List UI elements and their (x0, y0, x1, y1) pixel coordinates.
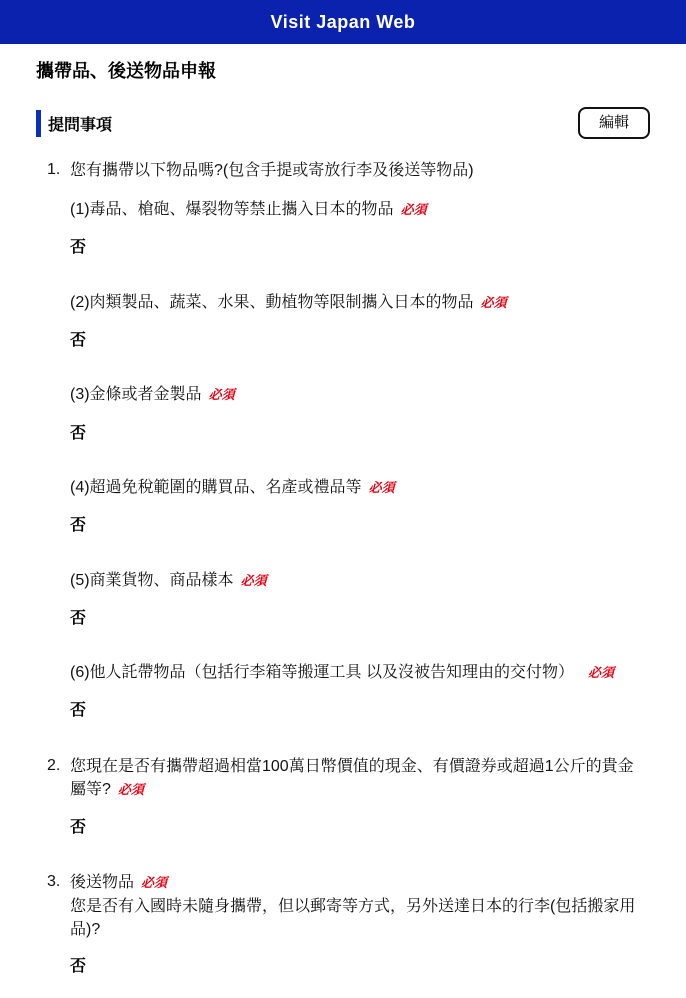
required-badge: 必須 (118, 782, 144, 797)
question-2-number: 2. (47, 755, 70, 840)
question-1-number: 1. (47, 159, 70, 723)
sub-question-5-label: (5)商業貨物、商品樣本必須 (70, 569, 636, 592)
edit-button[interactable]: 編輯 (578, 107, 650, 139)
question-3-title-line: 後送物品必須 (70, 871, 636, 894)
required-badge: 必須 (209, 387, 235, 402)
question-2-body: 您現在是否有攜帶超過相當100萬日幣價值的現金、有價證券或超過1公斤的貴金屬等?… (70, 755, 650, 840)
question-1-text: 您有攜帶以下物品嗎?(包含手提或寄放行李及後送等物品) (70, 159, 636, 182)
accent-bar (36, 110, 41, 137)
question-3-number: 3. (47, 871, 70, 978)
sub-question-6-text: (6)他人託帶物品（包括行李箱等搬運工具 以及沒被告知理由的交付物） (70, 664, 574, 681)
page-title: 攜帶品、後送物品申報 (36, 57, 650, 83)
sub-question-4: (4)超過免稅範圍的購買品、名產或禮品等必須 否 (70, 476, 636, 538)
question-1: 1. 您有攜帶以下物品嗎?(包含手提或寄放行李及後送等物品) (1)毒品、槍砲、… (36, 159, 650, 723)
question-3-title: 後送物品 (70, 874, 134, 891)
question-1-body: 您有攜帶以下物品嗎?(包含手提或寄放行李及後送等物品) (1)毒品、槍砲、爆裂物… (70, 159, 650, 723)
sub-question-2-label: (2)肉類製品、蔬菜、水果、動植物等限制攜入日本的物品必須 (70, 291, 636, 314)
app-header: Visit Japan Web (0, 0, 686, 44)
question-list: 1. 您有攜帶以下物品嗎?(包含手提或寄放行李及後送等物品) (1)毒品、槍砲、… (36, 159, 650, 978)
sub-question-3-answer: 否 (70, 423, 636, 445)
sub-question-3-text: (3)金條或者金製品 (70, 386, 202, 403)
main-content: 攜帶品、後送物品申報 提問事項 編輯 1. 您有攜帶以下物品嗎?(包含手提或寄放… (0, 44, 686, 998)
sub-question-2-text: (2)肉類製品、蔬菜、水果、動植物等限制攜入日本的物品 (70, 294, 474, 311)
required-badge: 必須 (588, 665, 614, 680)
required-badge: 必須 (241, 573, 267, 588)
sub-question-2: (2)肉類製品、蔬菜、水果、動植物等限制攜入日本的物品必須 否 (70, 291, 636, 353)
sub-question-4-text: (4)超過免稅範圍的購買品、名產或禮品等 (70, 479, 362, 496)
question-3-description: 您是否有入國時未隨身攜帶，但以郵寄等方式，另外送達日本的行李(包括搬家用品)? (70, 895, 636, 941)
sub-question-1: (1)毒品、槍砲、爆裂物等禁止攜入日本的物品必須 否 (70, 198, 636, 260)
question-3-body: 後送物品必須 您是否有入國時未隨身攜帶，但以郵寄等方式，另外送達日本的行李(包括… (70, 871, 650, 978)
sub-question-6: (6)他人託帶物品（包括行李箱等搬運工具 以及沒被告知理由的交付物）必須 否 (70, 661, 636, 723)
question-2-answer: 否 (70, 817, 636, 839)
section-header-left: 提問事項 (36, 110, 112, 137)
sub-question-1-text: (1)毒品、槍砲、爆裂物等禁止攜入日本的物品 (70, 201, 394, 218)
question-3-answer: 否 (70, 956, 636, 978)
sub-question-2-answer: 否 (70, 330, 636, 352)
sub-question-1-answer: 否 (70, 237, 636, 259)
section-title: 提問事項 (48, 112, 112, 135)
sub-question-5-text: (5)商業貨物、商品樣本 (70, 572, 234, 589)
app-title: Visit Japan Web (271, 12, 416, 33)
required-badge: 必須 (401, 202, 427, 217)
question-2-text: 您現在是否有攜帶超過相當100萬日幣價值的現金、有價證券或超過1公斤的貴金屬等? (70, 758, 634, 798)
required-badge: 必須 (481, 295, 507, 310)
required-badge: 必須 (141, 875, 167, 890)
page: Visit Japan Web 攜帶品、後送物品申報 提問事項 編輯 1. 您有… (0, 0, 686, 998)
sub-question-3-label: (3)金條或者金製品必須 (70, 383, 636, 406)
required-badge: 必須 (369, 480, 395, 495)
sub-question-6-label: (6)他人託帶物品（包括行李箱等搬運工具 以及沒被告知理由的交付物）必須 (70, 661, 636, 684)
sub-question-4-answer: 否 (70, 515, 636, 537)
sub-question-1-label: (1)毒品、槍砲、爆裂物等禁止攜入日本的物品必須 (70, 198, 636, 221)
sub-question-4-label: (4)超過免稅範圍的購買品、名產或禮品等必須 (70, 476, 636, 499)
sub-question-5-answer: 否 (70, 608, 636, 630)
sub-question-5: (5)商業貨物、商品樣本必須 否 (70, 569, 636, 631)
question-2-label: 您現在是否有攜帶超過相當100萬日幣價值的現金、有價證券或超過1公斤的貴金屬等?… (70, 755, 636, 801)
question-2: 2. 您現在是否有攜帶超過相當100萬日幣價值的現金、有價證券或超過1公斤的貴金… (36, 755, 650, 840)
section-header-row: 提問事項 編輯 (36, 107, 650, 139)
question-3: 3. 後送物品必須 您是否有入國時未隨身攜帶，但以郵寄等方式，另外送達日本的行李… (36, 871, 650, 978)
sub-question-6-answer: 否 (70, 700, 636, 722)
sub-question-3: (3)金條或者金製品必須 否 (70, 383, 636, 445)
